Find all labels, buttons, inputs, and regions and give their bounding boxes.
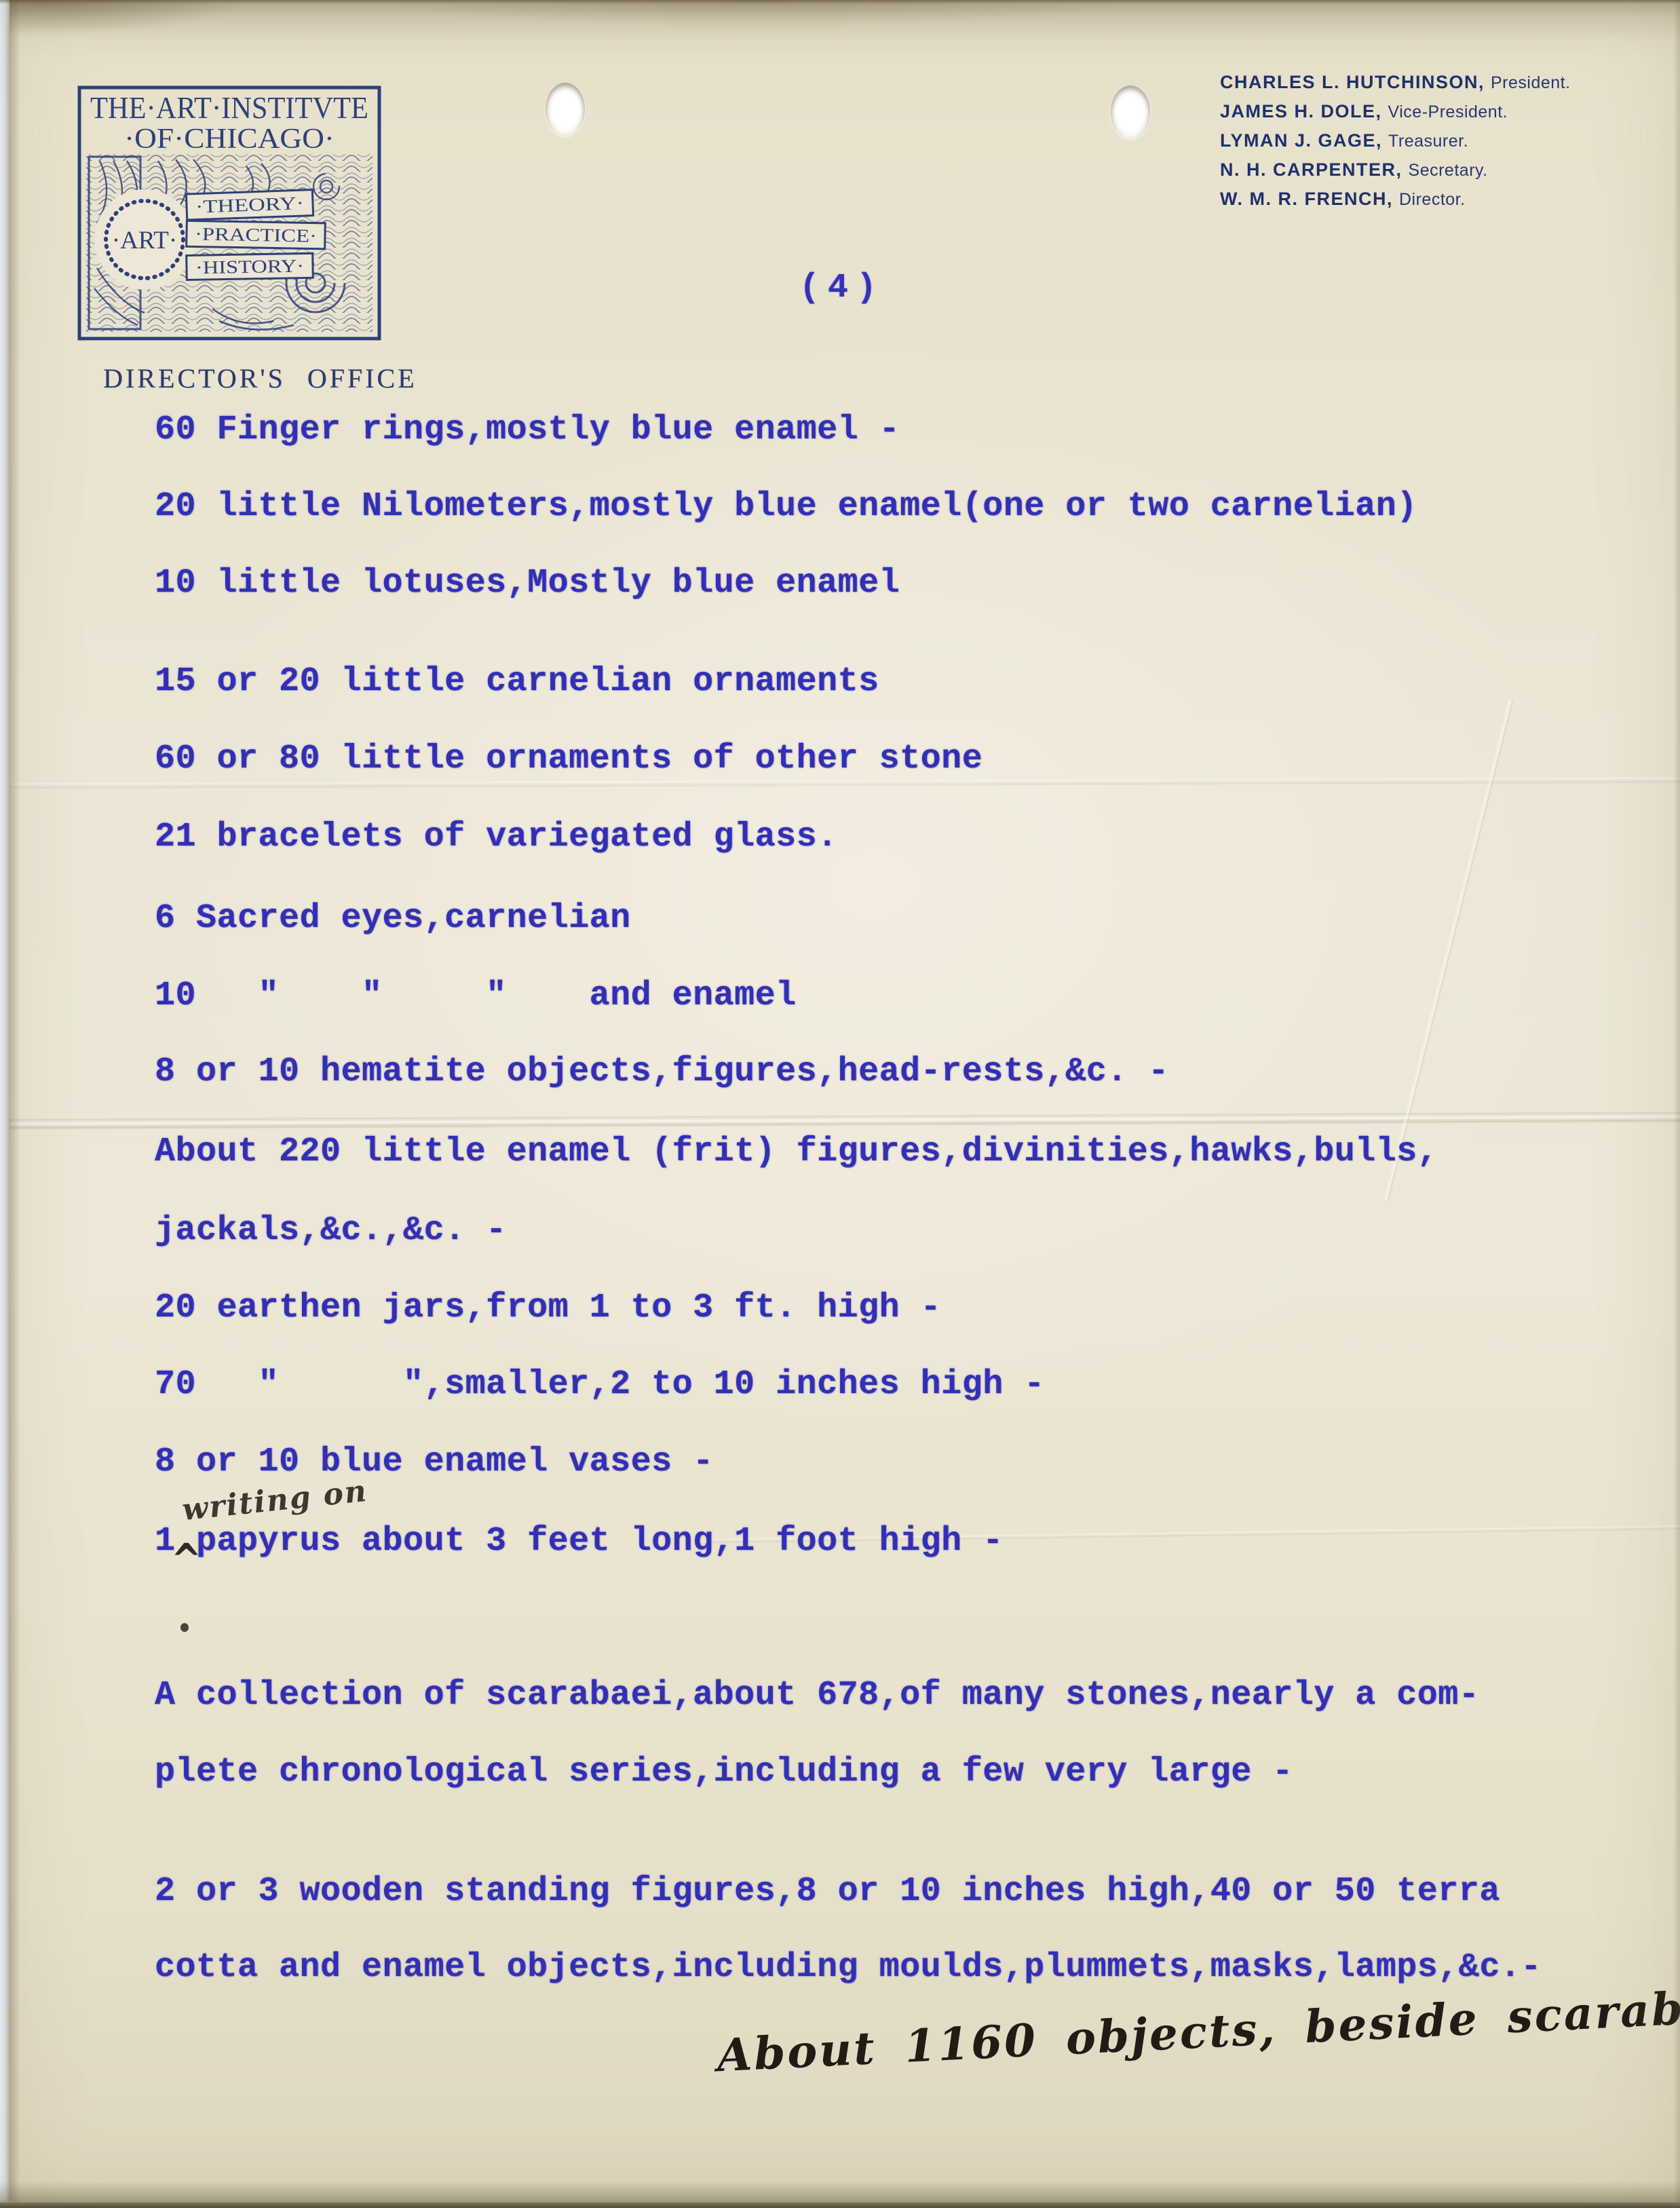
typed-line: 2 or 3 wooden standing figures,8 or 10 i… — [155, 1873, 1500, 1910]
typed-line: plete chronological series,including a f… — [155, 1753, 1293, 1791]
scanner-edge-strip — [0, 0, 9, 2208]
paper-edge-left — [9, 0, 20, 2208]
officer-role: Director. — [1399, 190, 1466, 209]
officer-row: CHARLES L. HUTCHINSON,President. — [1220, 72, 1571, 101]
officer-name: N. H. CARPENTER, — [1220, 159, 1402, 180]
fold-crease-diagonal — [1383, 699, 1514, 1201]
logo-banner-theory: ·THEORY· — [186, 190, 313, 220]
officer-row: N. H. CARPENTER,Secretary. — [1220, 159, 1571, 189]
officer-role: Treasurer. — [1388, 132, 1468, 151]
typed-line: 20 little Nilometers,mostly blue enamel(… — [155, 488, 1417, 525]
paper-edge-right — [1673, 0, 1680, 2208]
typed-line: 21 bracelets of variegated glass. — [155, 818, 838, 856]
officers-list: CHARLES L. HUTCHINSON,President. JAMES H… — [1220, 72, 1571, 218]
handwritten-insertion-note: writing on — [180, 1474, 369, 1527]
art-institute-logo: THE·ART·INSTITVTE ·OF·CHICAGO· ·ART· ·TH… — [77, 85, 382, 341]
typed-line: 60 Finger rings,mostly blue enamel - — [155, 411, 900, 449]
paper-edge-top — [0, 0, 1680, 4]
officer-name: CHARLES L. HUTCHINSON, — [1220, 72, 1485, 92]
scanned-letter-page: { "letterhead": { "logo": { "title_line1… — [0, 0, 1680, 2208]
typed-line: 70 " ",smaller,2 to 10 inches high - — [155, 1366, 1045, 1403]
officer-name: W. M. R. FRENCH, — [1220, 189, 1393, 209]
insertion-caret: ^ — [171, 1535, 202, 1586]
fold-crease-main — [0, 1112, 1680, 1130]
officer-row: JAMES H. DOLE,Vice-President. — [1220, 101, 1571, 130]
officer-role: President. — [1491, 73, 1571, 92]
typed-line: About 220 little enamel (frit) figures,d… — [155, 1133, 1438, 1170]
punch-hole-left — [546, 83, 585, 136]
officer-name: LYMAN J. GAGE, — [1220, 130, 1382, 151]
typed-line: 60 or 80 little ornaments of other stone — [155, 740, 982, 778]
handwritten-total-note: About 1160 objects, beside scarabaei. — [716, 1977, 1680, 2082]
svg-text:·HISTORY·: ·HISTORY· — [195, 256, 304, 278]
typed-line: 10 " " " and enamel — [155, 977, 797, 1014]
svg-text:·PRACTICE·: ·PRACTICE· — [195, 224, 317, 246]
ink-dot — [180, 1623, 189, 1632]
logo-title-line2: ·OF·CHICAGO· — [124, 123, 335, 155]
officer-role: Vice-President. — [1388, 102, 1508, 121]
logo-banner-practice: ·PRACTICE· — [187, 221, 326, 249]
paper-edge-bottom — [0, 2201, 1680, 2208]
typed-line: 15 or 20 little carnelian ornaments — [155, 663, 879, 700]
logo-title-line1: THE·ART·INSTITVTE — [90, 90, 368, 125]
typed-line: 8 or 10 hematite objects,figures,head-re… — [155, 1053, 1169, 1090]
fold-crease-upper — [0, 778, 1680, 789]
typed-line: jackals,&c.,&c. - — [155, 1212, 507, 1249]
officer-row: LYMAN J. GAGE,Treasurer. — [1220, 130, 1571, 159]
typed-line: 8 or 10 blue enamel vases - — [155, 1443, 714, 1481]
office-title: DIRECTOR'S OFFICE — [103, 362, 417, 394]
svg-text:·THEORY·: ·THEORY· — [195, 193, 305, 217]
typed-line: 20 earthen jars,from 1 to 3 ft. high - — [155, 1289, 941, 1327]
paper-edge-bottom-shadow — [0, 2181, 1680, 2201]
typed-line: A collection of scarabaei,about 678,of m… — [155, 1677, 1479, 1714]
typed-line: 1 papyrus about 3 feet long,1 foot high … — [155, 1523, 1004, 1560]
typed-line: 10 little lotuses,Mostly blue enamel — [155, 565, 900, 602]
officer-role: Secretary. — [1409, 161, 1488, 180]
page-number: (4) — [799, 269, 885, 307]
punch-hole-right — [1111, 85, 1150, 138]
letter-paper: THE·ART·INSTITVTE ·OF·CHICAGO· ·ART· ·TH… — [0, 0, 1680, 2208]
logo-banner-history: ·HISTORY· — [187, 253, 313, 280]
officer-row: W. M. R. FRENCH,Director. — [1220, 189, 1571, 218]
typed-line: 6 Sacred eyes,carnelian — [155, 900, 631, 937]
typed-line: cotta and enamel objects,including mould… — [155, 1949, 1542, 1986]
officer-name: JAMES H. DOLE, — [1220, 101, 1382, 121]
logo-medallion-label: ·ART· — [112, 227, 177, 254]
